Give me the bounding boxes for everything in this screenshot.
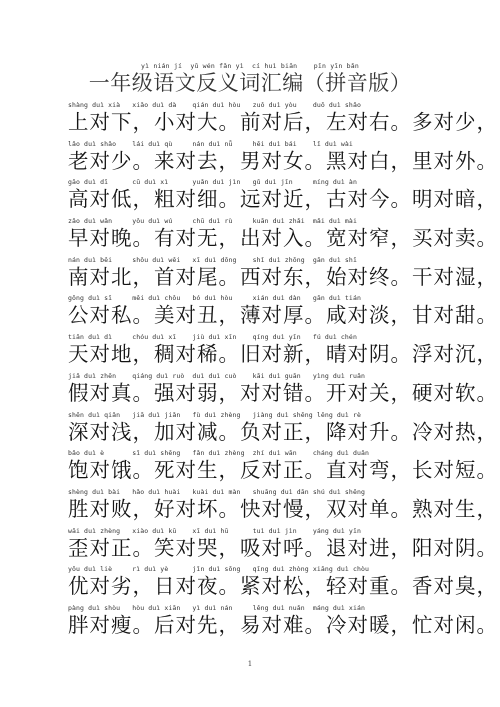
line-text: 上对下，小对大。前对后，左对右。多对少， xyxy=(68,110,448,135)
line-text: 天对地，稠对稀。旧对新，晴对阴。浮对沉， xyxy=(68,342,448,367)
line-text: 假对真。强对弱，对对错。开对关，硬对软。 xyxy=(68,381,448,406)
line-pinyin: gāo duì dī cū duì xì yuǎn duì jìn gǔ duì… xyxy=(68,177,448,187)
text-line: nán duì běi shǒu duì wěi xī duì dōng shǐ… xyxy=(68,255,448,294)
line-text: 高对低，粗对细。远对近，古对今。明对暗， xyxy=(68,187,448,212)
line-pinyin: pàng duì shòu hòu duì xiān yì duì nán lě… xyxy=(68,603,448,613)
line-text: 公对私。美对丑，薄对厚。咸对淡，甘对甜。 xyxy=(68,303,448,328)
text-line: gāo duì dī cū duì xì yuǎn duì jìn gǔ duì… xyxy=(68,177,448,216)
text-line: zǎo duì wǎn yǒu duì wú chū duì rù kuān d… xyxy=(68,216,448,255)
line-pinyin: lǎo duì shǎo lái duì qù nán duì nǚ hēi d… xyxy=(68,139,448,149)
line-text: 胜对败，好对坏。快对慢，双对单。熟对生， xyxy=(68,497,448,522)
document-title: 一年级语文反义词汇编（拼音版） xyxy=(0,71,500,95)
antonym-list: shàng duì xià xiǎo duì dà qián duì hòu z… xyxy=(68,100,448,642)
line-text: 歪对正。笑对哭，吸对呼。退对进，阳对阴。 xyxy=(68,536,448,561)
line-pinyin: gōng duì sī měi duì chǒu bó duì hòu xián… xyxy=(68,293,448,303)
text-line: shēn duì qiǎn jiā duì jiǎn fù duì zhèng … xyxy=(68,410,448,449)
line-pinyin: shēn duì qiǎn jiā duì jiǎn fù duì zhèng … xyxy=(68,410,448,420)
line-text: 优对劣，日对夜。紧对松，轻对重。香对臭， xyxy=(68,574,448,599)
text-line: shèng duì bài hǎo duì huài kuài duì màn … xyxy=(68,487,448,526)
line-text: 老对少。来对去，男对女。黑对白，里对外。 xyxy=(68,149,448,174)
text-line: lǎo duì shǎo lái duì qù nán duì nǚ hēi d… xyxy=(68,139,448,178)
line-text: 饱对饿。死对生，反对正。直对弯，长对短。 xyxy=(68,458,448,483)
line-pinyin: nán duì běi shǒu duì wěi xī duì dōng shǐ… xyxy=(68,255,448,265)
line-pinyin: jiǎ duì zhēn qiáng duì ruò duì duì cuò k… xyxy=(68,371,448,381)
line-text: 南对北，首对尾。西对东，始对终。干对湿， xyxy=(68,265,448,290)
line-pinyin: tiān duì dì chóu duì xī jiù duì xīn qíng… xyxy=(68,332,448,342)
line-pinyin: yōu duì liè rì duì yè jǐn duì sōng qīng … xyxy=(68,564,448,574)
line-pinyin: zǎo duì wǎn yǒu duì wú chū duì rù kuān d… xyxy=(68,216,448,226)
document-header: yì nián jí yǔ wén fǎn yì cí huì biān pīn… xyxy=(0,62,500,95)
line-pinyin: shàng duì xià xiǎo duì dà qián duì hòu z… xyxy=(68,100,448,110)
text-line: tiān duì dì chóu duì xī jiù duì xīn qíng… xyxy=(68,332,448,371)
line-pinyin: bǎo duì è sǐ duì shēng fǎn duì zhèng zhí… xyxy=(68,448,448,458)
page-number: 1 xyxy=(0,660,500,668)
title-pinyin: yì nián jí yǔ wén fǎn yì cí huì biān pīn… xyxy=(0,62,500,71)
line-pinyin: wāi duì zhèng xiào duì kū xī duì hū tuì … xyxy=(68,526,448,536)
text-line: jiǎ duì zhēn qiáng duì ruò duì duì cuò k… xyxy=(68,371,448,410)
text-line: pàng duì shòu hòu duì xiān yì duì nán lě… xyxy=(68,603,448,642)
text-line: bǎo duì è sǐ duì shēng fǎn duì zhèng zhí… xyxy=(68,448,448,487)
line-text: 早对晚。有对无，出对入。宽对窄，买对卖。 xyxy=(68,226,448,251)
line-pinyin: shèng duì bài hǎo duì huài kuài duì màn … xyxy=(68,487,448,497)
text-line: shàng duì xià xiǎo duì dà qián duì hòu z… xyxy=(68,100,448,139)
text-line: yōu duì liè rì duì yè jǐn duì sōng qīng … xyxy=(68,564,448,603)
line-text: 深对浅，加对减。负对正，降对升。冷对热， xyxy=(68,420,448,445)
text-line: gōng duì sī měi duì chǒu bó duì hòu xián… xyxy=(68,293,448,332)
text-line: wāi duì zhèng xiào duì kū xī duì hū tuì … xyxy=(68,526,448,565)
line-text: 胖对瘦。后对先，易对难。冷对暖，忙对闲。 xyxy=(68,613,448,638)
